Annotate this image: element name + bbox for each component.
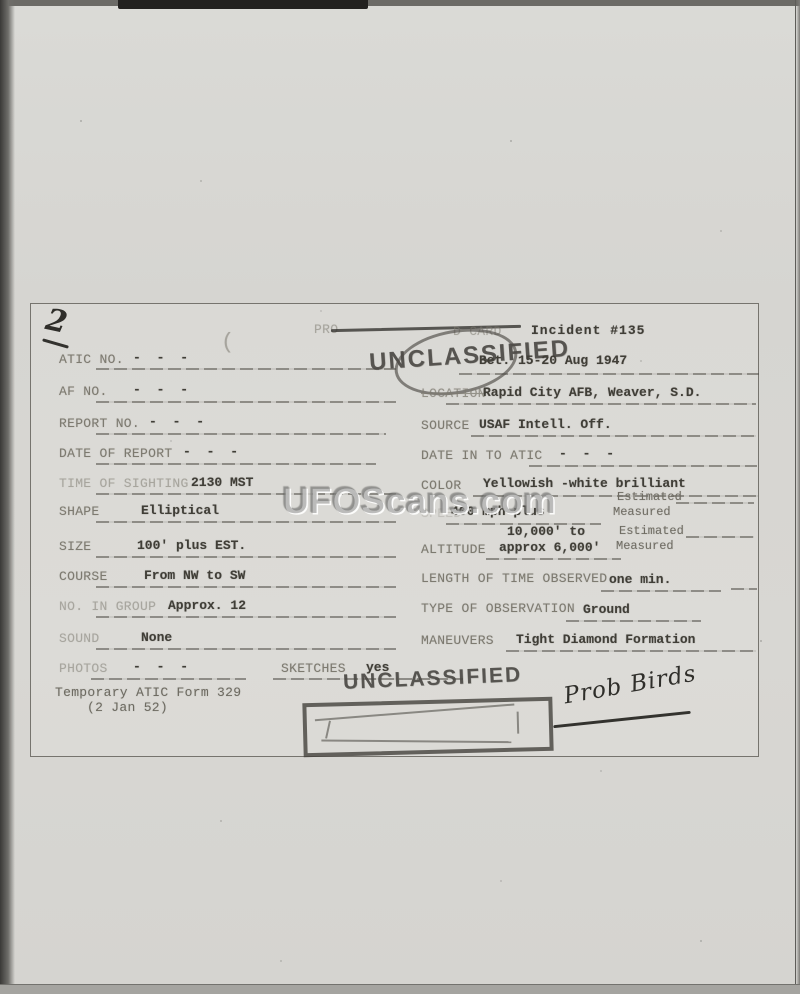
stamp-box-mark bbox=[302, 697, 553, 758]
field-value-course: From NW to SW bbox=[144, 568, 245, 583]
rule-line bbox=[96, 401, 396, 403]
form-date: (2 Jan 52) bbox=[87, 700, 168, 715]
field-label-photos: PHOTOS bbox=[59, 661, 108, 676]
field-label-af-no: AF NO. bbox=[59, 384, 108, 399]
field-value-atic-no: - - - bbox=[133, 350, 192, 365]
rule-line bbox=[96, 368, 396, 370]
rule-line bbox=[96, 648, 396, 650]
field-label-maneuvers: MANEUVERS bbox=[421, 633, 494, 648]
field-label-date-of-report: DATE OF REPORT bbox=[59, 446, 172, 461]
rule-line bbox=[676, 502, 754, 504]
rule-line bbox=[529, 465, 757, 467]
rule-line bbox=[731, 588, 757, 590]
scan-edge-right bbox=[795, 0, 800, 994]
field-label-sound: SOUND bbox=[59, 631, 100, 646]
rule-line bbox=[506, 650, 756, 652]
rule-line bbox=[96, 616, 396, 618]
field-label-type-of-observation: TYPE OF OBSERVATION bbox=[421, 601, 575, 616]
field-value-altitude-line1: 10,000' to bbox=[507, 524, 585, 539]
field-value-shape: Elliptical bbox=[141, 503, 219, 518]
rule-line bbox=[96, 556, 396, 558]
altitude-estimated-option: Estimated bbox=[619, 524, 684, 538]
field-label-length-observed: LENGTH OF TIME OBSERVED bbox=[421, 571, 607, 586]
field-value-date-of-report: - - - bbox=[183, 444, 242, 459]
stray-parenthesis-mark: ( bbox=[221, 330, 235, 355]
rule-line bbox=[471, 435, 756, 437]
watermark-text: UFOScans.com bbox=[282, 480, 555, 522]
scanned-document-page: 2 PRO D CARD Incident #135 ( ATIC NO. - … bbox=[0, 0, 800, 994]
field-label-date-in-to-atic: DATE IN TO ATIC bbox=[421, 448, 543, 463]
rule-line bbox=[96, 463, 376, 465]
field-value-af-no: - - - bbox=[133, 382, 192, 397]
field-label-altitude: ALTITUDE bbox=[421, 542, 486, 557]
field-value-date-in-to-atic: - - - bbox=[559, 446, 618, 461]
paper-speckles bbox=[80, 120, 82, 122]
field-label-sketches: SKETCHES bbox=[281, 661, 346, 676]
rule-line bbox=[486, 558, 621, 560]
scan-edge-left bbox=[0, 0, 15, 994]
rule-line bbox=[459, 373, 759, 375]
rule-line bbox=[96, 433, 386, 435]
field-label-course: COURSE bbox=[59, 569, 108, 584]
field-label-atic-no: ATIC NO. bbox=[59, 352, 124, 367]
field-label-shape: SHAPE bbox=[59, 504, 100, 519]
handwritten-note-underline bbox=[553, 711, 691, 728]
rule-line bbox=[91, 678, 246, 680]
field-value-time-of-sighting: 2130 MST bbox=[191, 475, 253, 490]
field-value-size: 100' plus EST. bbox=[137, 538, 246, 553]
field-value-location: Rapid City AFB, Weaver, S.D. bbox=[483, 385, 701, 400]
field-label-source: SOURCE bbox=[421, 418, 470, 433]
speed-estimated-option: Estimated bbox=[617, 490, 682, 504]
field-value-report-no: - - - bbox=[149, 414, 208, 429]
field-value-source: USAF Intell. Off. bbox=[479, 417, 612, 432]
field-value-date: Bet. 15-20 Aug 1947 bbox=[479, 353, 627, 368]
scan-edge-top-shadow bbox=[118, 0, 368, 9]
handwritten-page-number-underline bbox=[42, 338, 69, 348]
field-label-report-no: REPORT NO. bbox=[59, 416, 140, 431]
altitude-measured-option: Measured bbox=[616, 539, 674, 553]
field-label-no-in-group: NO. IN GROUP bbox=[59, 599, 156, 614]
field-value-type-of-observation: Ground bbox=[583, 602, 630, 617]
field-label-size: SIZE bbox=[59, 539, 91, 554]
scan-edge-bottom bbox=[0, 984, 800, 994]
speed-measured-option: Measured bbox=[613, 505, 671, 519]
handwritten-note: Prob Birds bbox=[562, 661, 699, 710]
rule-line bbox=[96, 586, 396, 588]
field-value-altitude-line2: approx 6,000' bbox=[499, 540, 600, 555]
rule-line bbox=[566, 620, 701, 622]
field-value-length-observed: one min. bbox=[609, 572, 671, 587]
field-label-time-of-sighting: TIME OF SIGHTING bbox=[59, 476, 189, 491]
field-value-no-in-group: Approx. 12 bbox=[168, 598, 246, 613]
form-name: Temporary ATIC Form 329 bbox=[55, 685, 241, 700]
handwritten-page-number: 2 bbox=[43, 302, 71, 341]
field-label-location: LOCATION bbox=[421, 386, 486, 401]
field-value-maneuvers: Tight Diamond Formation bbox=[516, 632, 695, 647]
rule-line bbox=[446, 403, 756, 405]
rule-line bbox=[686, 536, 754, 538]
field-value-photos: - - - bbox=[133, 659, 192, 674]
atic-record-card: 2 PRO D CARD Incident #135 ( ATIC NO. - … bbox=[30, 303, 759, 757]
field-value-sound: None bbox=[141, 630, 172, 645]
rule-line bbox=[601, 590, 721, 592]
